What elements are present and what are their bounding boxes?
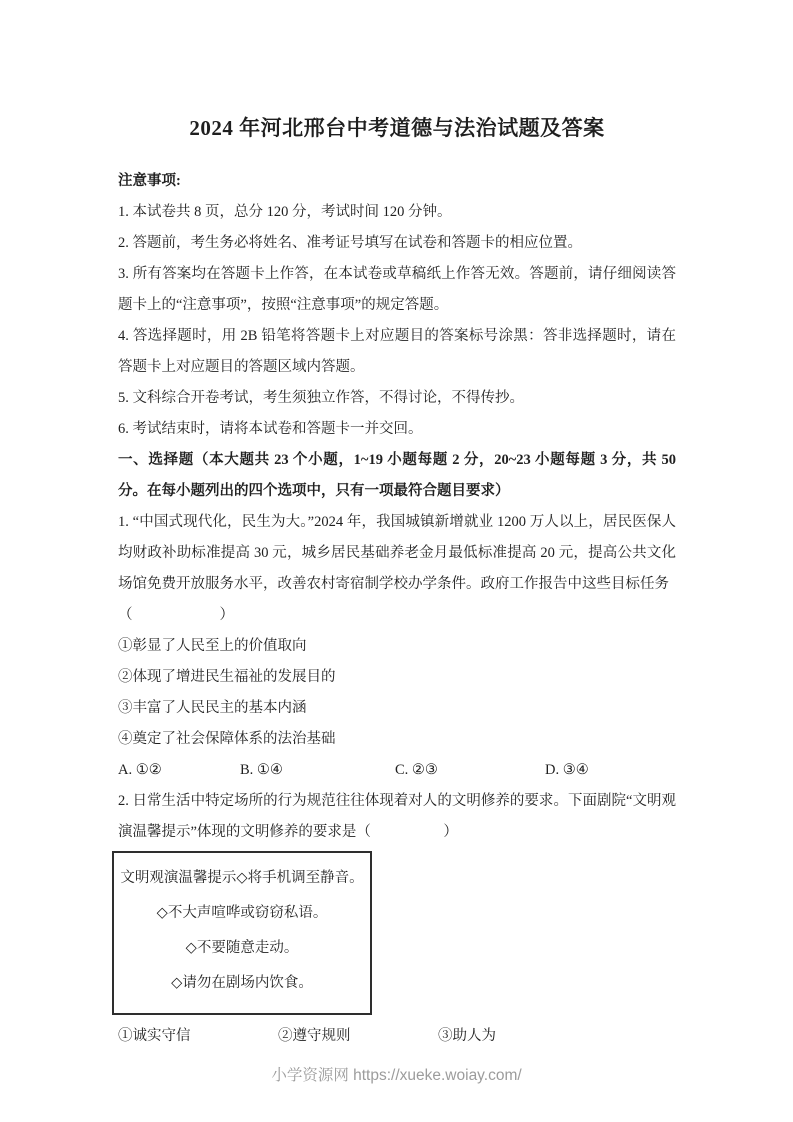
question1-statement-2: ②体现了增进民生福祉的发展目的 [118, 662, 676, 693]
notice-item-4: 4. 答选择题时，用 2B 铅笔将答题卡上对应题目的答案标号涂黑：答非选择题时，… [118, 321, 676, 383]
question1-option-a: A. ①② [118, 755, 162, 786]
section-heading: 一、选择题（本大题共 23 个小题，1~19 小题每题 2 分，20~23 小题… [118, 445, 676, 507]
notice-item-1: 1. 本试卷共 8 页，总分 120 分，考试时间 120 分钟。 [118, 197, 676, 228]
question2-stem: 2. 日常生活中特定场所的行为规范往往体现着对人的文明修养的要求。下面剧院“文明… [118, 786, 676, 848]
theater-tips-box: 文明观演温馨提示◇将手机调至静音。 ◇不大声喧哗或窃窃私语。 ◇不要随意走动。 … [112, 851, 372, 1015]
tip-line-2: ◇不大声喧哗或窃窃私语。 [118, 896, 366, 931]
tip-line-3: ◇不要随意走动。 [118, 931, 366, 966]
question1-stem: 1. “中国式现代化，民生为大。”2024 年，我国城镇新增就业 1200 万人… [118, 507, 676, 600]
notice-item-3: 3. 所有答案均在答题卡上作答，在本试卷或草稿纸上作答无效。答题前，请仔细阅读答… [118, 259, 676, 321]
notice-item-6: 6. 考试结束时，请将本试卷和答题卡一并交回。 [118, 414, 676, 445]
question1-statement-3: ③丰富了人民民主的基本内涵 [118, 693, 676, 724]
question2-option-1: ①诚实守信 [118, 1021, 191, 1052]
footer-watermark: 小学资源网 https://xueke.woiay.com/ [0, 1064, 793, 1088]
notice-item-2: 2. 答题前，考生务必将姓名、准考证号填写在试卷和答题卡的相应位置。 [118, 228, 676, 259]
question1-statement-4: ④奠定了社会保障体系的法治基础 [118, 724, 676, 755]
tip-line-1: 文明观演温馨提示◇将手机调至静音。 [118, 861, 366, 896]
page-title: 2024 年河北邢台中考道德与法治试题及答案 [118, 112, 676, 144]
question1-answer-blank: （ ） [118, 600, 676, 631]
question2-option-3: ③助人为 [438, 1021, 496, 1052]
question1-statement-1: ①彰显了人民至上的价值取向 [118, 631, 676, 662]
notice-item-5: 5. 文科综合开卷考试，考生须独立作答，不得讨论，不得传抄。 [118, 383, 676, 414]
question1-option-b: B. ①④ [240, 755, 283, 786]
question2-option-2: ②遵守规则 [278, 1021, 351, 1052]
notice-heading: 注意事项: [118, 166, 676, 197]
exam-document-page: 2024 年河北邢台中考道德与法治试题及答案 注意事项: 1. 本试卷共 8 页… [0, 0, 793, 1122]
question1-options-row: A. ①② B. ①④ C. ②③ D. ③④ [118, 755, 676, 786]
question2-options-row: ①诚实守信 ②遵守规则 ③助人为 [118, 1021, 676, 1052]
tip-line-4: ◇请勿在剧场内饮食。 [118, 966, 366, 1001]
question1-option-c: C. ②③ [395, 755, 438, 786]
question1-option-d: D. ③④ [545, 755, 589, 786]
